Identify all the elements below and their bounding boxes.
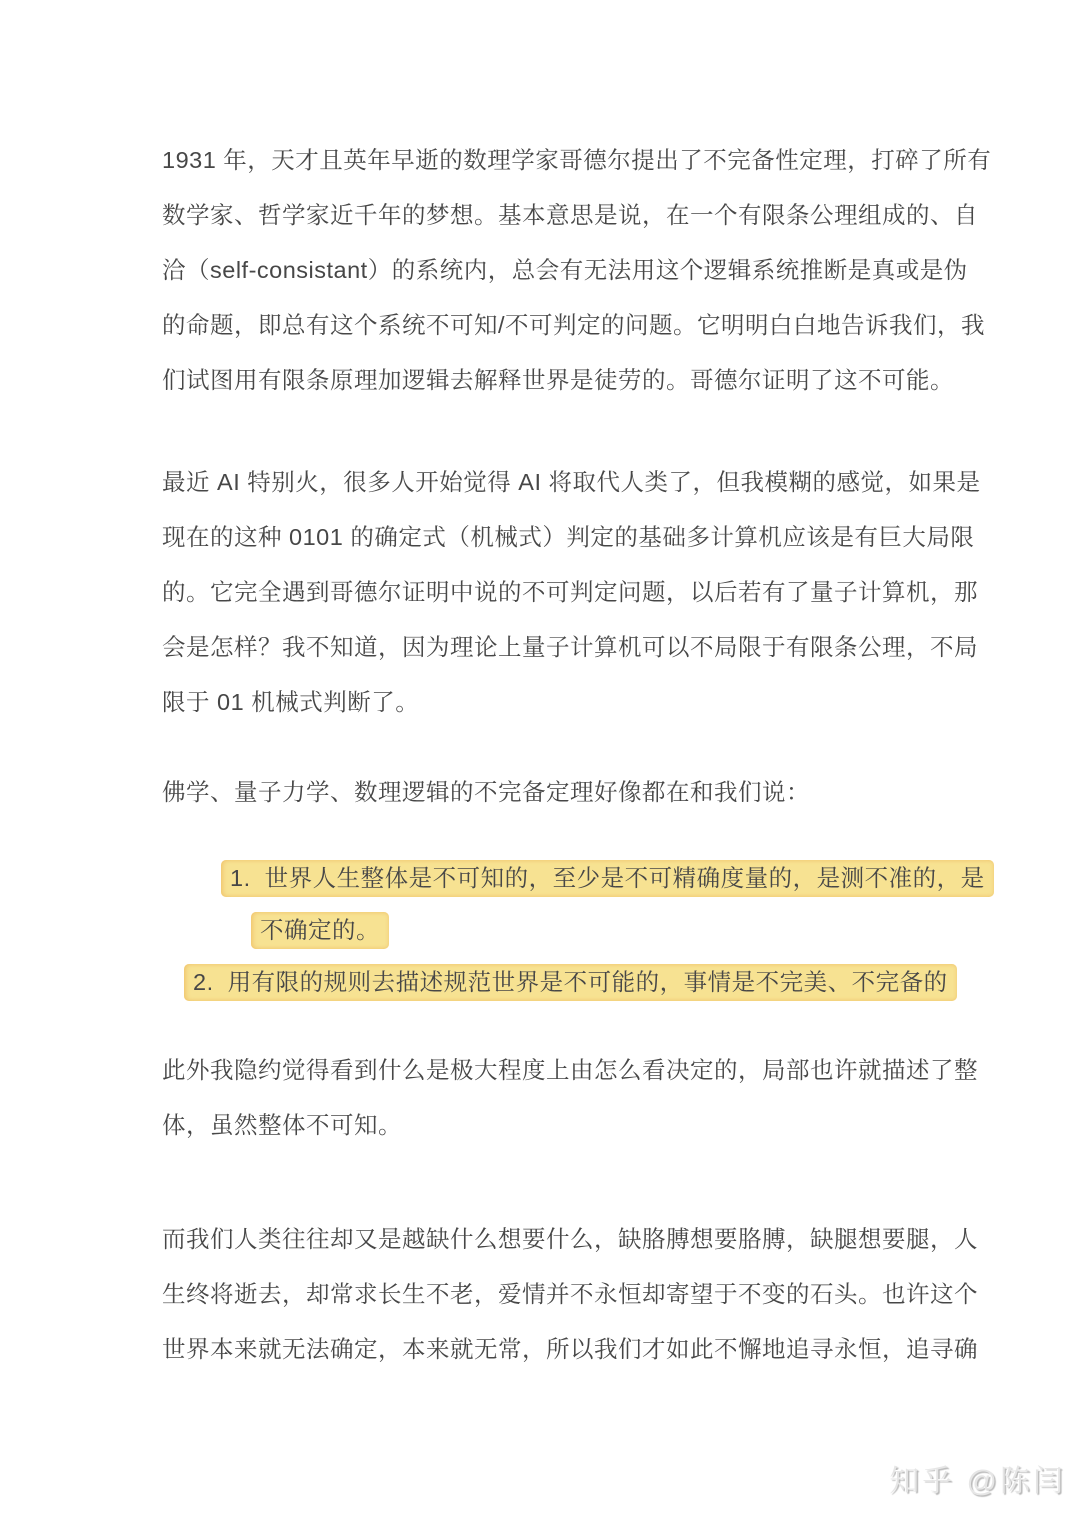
text-line: 洽（self-consistant）的系统内，总会有无法用这个逻辑系统推断是真或… — [162, 243, 920, 298]
text-line: 体，虽然整体不可知。 — [162, 1098, 920, 1153]
paragraph: 此外我隐约觉得看到什么是极大程度上由怎么看决定的，局部也许就描述了整 体，虽然整… — [162, 1043, 920, 1153]
paragraph: 最近 AI 特别火，很多人开始觉得 AI 将取代人类了，但我模糊的感觉，如果是 … — [162, 455, 920, 730]
list-item-number: 1. — [230, 866, 251, 891]
text-line: 最近 AI 特别火，很多人开始觉得 AI 将取代人类了，但我模糊的感觉，如果是 — [162, 455, 920, 510]
text-line: 们试图用有限条原理加逻辑去解释世界是徒劳的。哥德尔证明了这不可能。 — [162, 353, 920, 408]
text-line: 会是怎样？我不知道，因为理论上量子计算机可以不局限于有限条公理，不局 — [162, 620, 920, 675]
text-line: 限于 01 机械式判断了。 — [162, 675, 920, 730]
list-item-1: 1.世界人生整体是不可知的，至少是不可精确度量的，是测不准的，是 — [221, 860, 994, 897]
zhihu-watermark: 知乎 @陈闫 — [889, 1456, 1066, 1500]
text-line: 的命题，即总有这个系统不可知/不可判定的问题。它明明白白地告诉我们，我 — [162, 298, 920, 353]
text-line: 此外我隐约觉得看到什么是极大程度上由怎么看决定的，局部也许就描述了整 — [162, 1043, 920, 1098]
highlight-mark: 世界人生整体是不可知的，至少是不可精确度量的，是测不准的，是 — [265, 865, 985, 891]
text-line: 数学家、哲学家近千年的梦想。基本意思是说，在一个有限条公理组成的、自 — [162, 188, 920, 243]
article-page: { "page": { "background": "#ffffff", "te… — [0, 0, 1080, 1527]
list-item-2: 2.用有限的规则去描述规范世界是不可能的，事情是不完美、不完备的 — [184, 964, 957, 1001]
list-item-number: 2. — [193, 970, 214, 995]
text-line: 的。它完全遇到哥德尔证明中说的不可判定问题，以后若有了量子计算机，那 — [162, 565, 920, 620]
highlight-mark: 用有限的规则去描述规范世界是不可能的，事情是不完美、不完备的 — [228, 969, 948, 995]
text-line: 而我们人类往往却又是越缺什么想要什么，缺胳膊想要胳膊，缺腿想要腿，人 — [162, 1212, 920, 1267]
text-line: 世界本来就无法确定，本来就无常，所以我们才如此不懈地追寻永恒，追寻确 — [162, 1322, 920, 1377]
list-item-1-continuation: 不确定的。 — [251, 912, 389, 949]
paragraph: 佛学、量子力学、数理逻辑的不完备定理好像都在和我们说： — [162, 765, 920, 820]
paragraph: 1931 年，天才且英年早逝的数理学家哥德尔提出了不完备性定理，打碎了所有 数学… — [162, 133, 920, 408]
paragraph: 而我们人类往往却又是越缺什么想要什么，缺胳膊想要胳膊，缺腿想要腿，人 生终将逝去… — [162, 1212, 920, 1377]
text-line: 生终将逝去，却常求长生不老，爱情并不永恒却寄望于不变的石头。也许这个 — [162, 1267, 920, 1322]
text-line: 佛学、量子力学、数理逻辑的不完备定理好像都在和我们说： — [162, 765, 920, 820]
highlight-mark: 不确定的。 — [260, 917, 380, 943]
text-line: 现在的这种 0101 的确定式（机械式）判定的基础多计算机应该是有巨大局限 — [162, 510, 920, 565]
text-line: 1931 年，天才且英年早逝的数理学家哥德尔提出了不完备性定理，打碎了所有 — [162, 133, 920, 188]
